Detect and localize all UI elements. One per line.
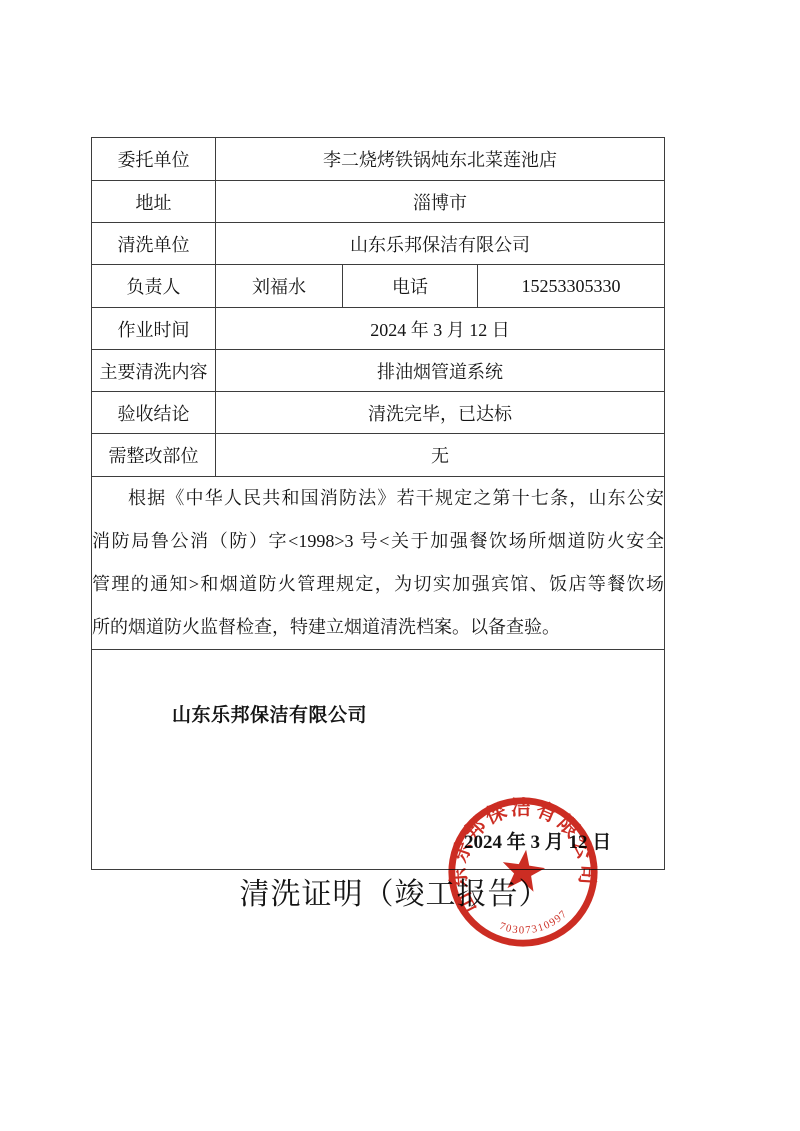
table-row-entrusting-unit: 委托单位 李二烧烤铁锅炖东北菜莲池店 — [92, 138, 665, 181]
field-value: 清洗完毕，已达标 — [216, 392, 665, 434]
notice-line: 根据《中华人民共和国消防法》若干规定之第十七条，山东公安 — [92, 477, 664, 520]
field-value: 排油烟管道系统 — [216, 350, 665, 392]
table-row-cleaning-content: 主要清洗内容 排油烟管道系统 — [92, 350, 665, 392]
cleaning-company-signature: 山东乐邦保洁有限公司 — [172, 700, 367, 727]
field-label: 清洗单位 — [92, 223, 216, 265]
certificate-table: 委托单位 李二烧烤铁锅炖东北菜莲池店 地址 淄博市 清洗单位 山东乐邦保洁有限公… — [91, 137, 665, 870]
certificate-page: { "title": "清洗证明（竣工报告）", "table": { "row… — [0, 0, 800, 1131]
field-label: 地址 — [92, 181, 216, 223]
table-row-rectification-parts: 需整改部位 无 — [92, 434, 665, 477]
field-label: 负责人 — [92, 265, 216, 308]
field-value: 无 — [216, 434, 665, 477]
field-label: 验收结论 — [92, 392, 216, 434]
field-label: 作业时间 — [92, 308, 216, 350]
table-row-cleaning-unit: 清洗单位 山东乐邦保洁有限公司 — [92, 223, 665, 265]
table-row-notice: 根据《中华人民共和国消防法》若干规定之第十七条，山东公安 消防局鲁公消（防）字<… — [92, 477, 665, 650]
notice-line: 管理的通知>和烟道防火管理规定，为切实加强宾馆、饭店等餐饮场 — [92, 563, 664, 606]
document-title: 清洗证明（竣工报告） — [0, 869, 789, 913]
field-label: 主要清洗内容 — [92, 350, 216, 392]
field-value: 15253305330 — [478, 265, 665, 308]
table-row-acceptance-conclusion: 验收结论 清洗完毕，已达标 — [92, 392, 665, 434]
table-row-work-date: 作业时间 2024 年 3 月 12 日 — [92, 308, 665, 350]
signature-cell: 山东乐邦保洁有限公司 2024 年 3 月 12 日 — [92, 650, 665, 870]
notice-paragraph: 根据《中华人民共和国消防法》若干规定之第十七条，山东公安 消防局鲁公消（防）字<… — [92, 477, 665, 650]
table-row-address: 地址 淄博市 — [92, 181, 665, 223]
field-label: 委托单位 — [92, 138, 216, 181]
notice-line: 所的烟道防火监督检查，特建立烟道清洗档案。以备查验。 — [92, 606, 664, 649]
field-value: 刘福水 — [216, 265, 343, 308]
field-value: 2024 年 3 月 12 日 — [216, 308, 665, 350]
field-label: 需整改部位 — [92, 434, 216, 477]
signature-date: 2024 年 3 月 12 日 — [464, 827, 611, 854]
table-row-signature: 山东乐邦保洁有限公司 2024 年 3 月 12 日 — [92, 650, 665, 870]
notice-line: 消防局鲁公消（防）字<1998>3 号<关于加强餐饮场所烟道防火安全 — [92, 520, 664, 563]
field-label: 电话 — [343, 265, 478, 308]
table-row-person-in-charge: 负责人 刘福水 电话 15253305330 — [92, 265, 665, 308]
field-value: 山东乐邦保洁有限公司 — [216, 223, 665, 265]
field-value: 李二烧烤铁锅炖东北菜莲池店 — [216, 138, 665, 181]
field-value: 淄博市 — [216, 181, 665, 223]
